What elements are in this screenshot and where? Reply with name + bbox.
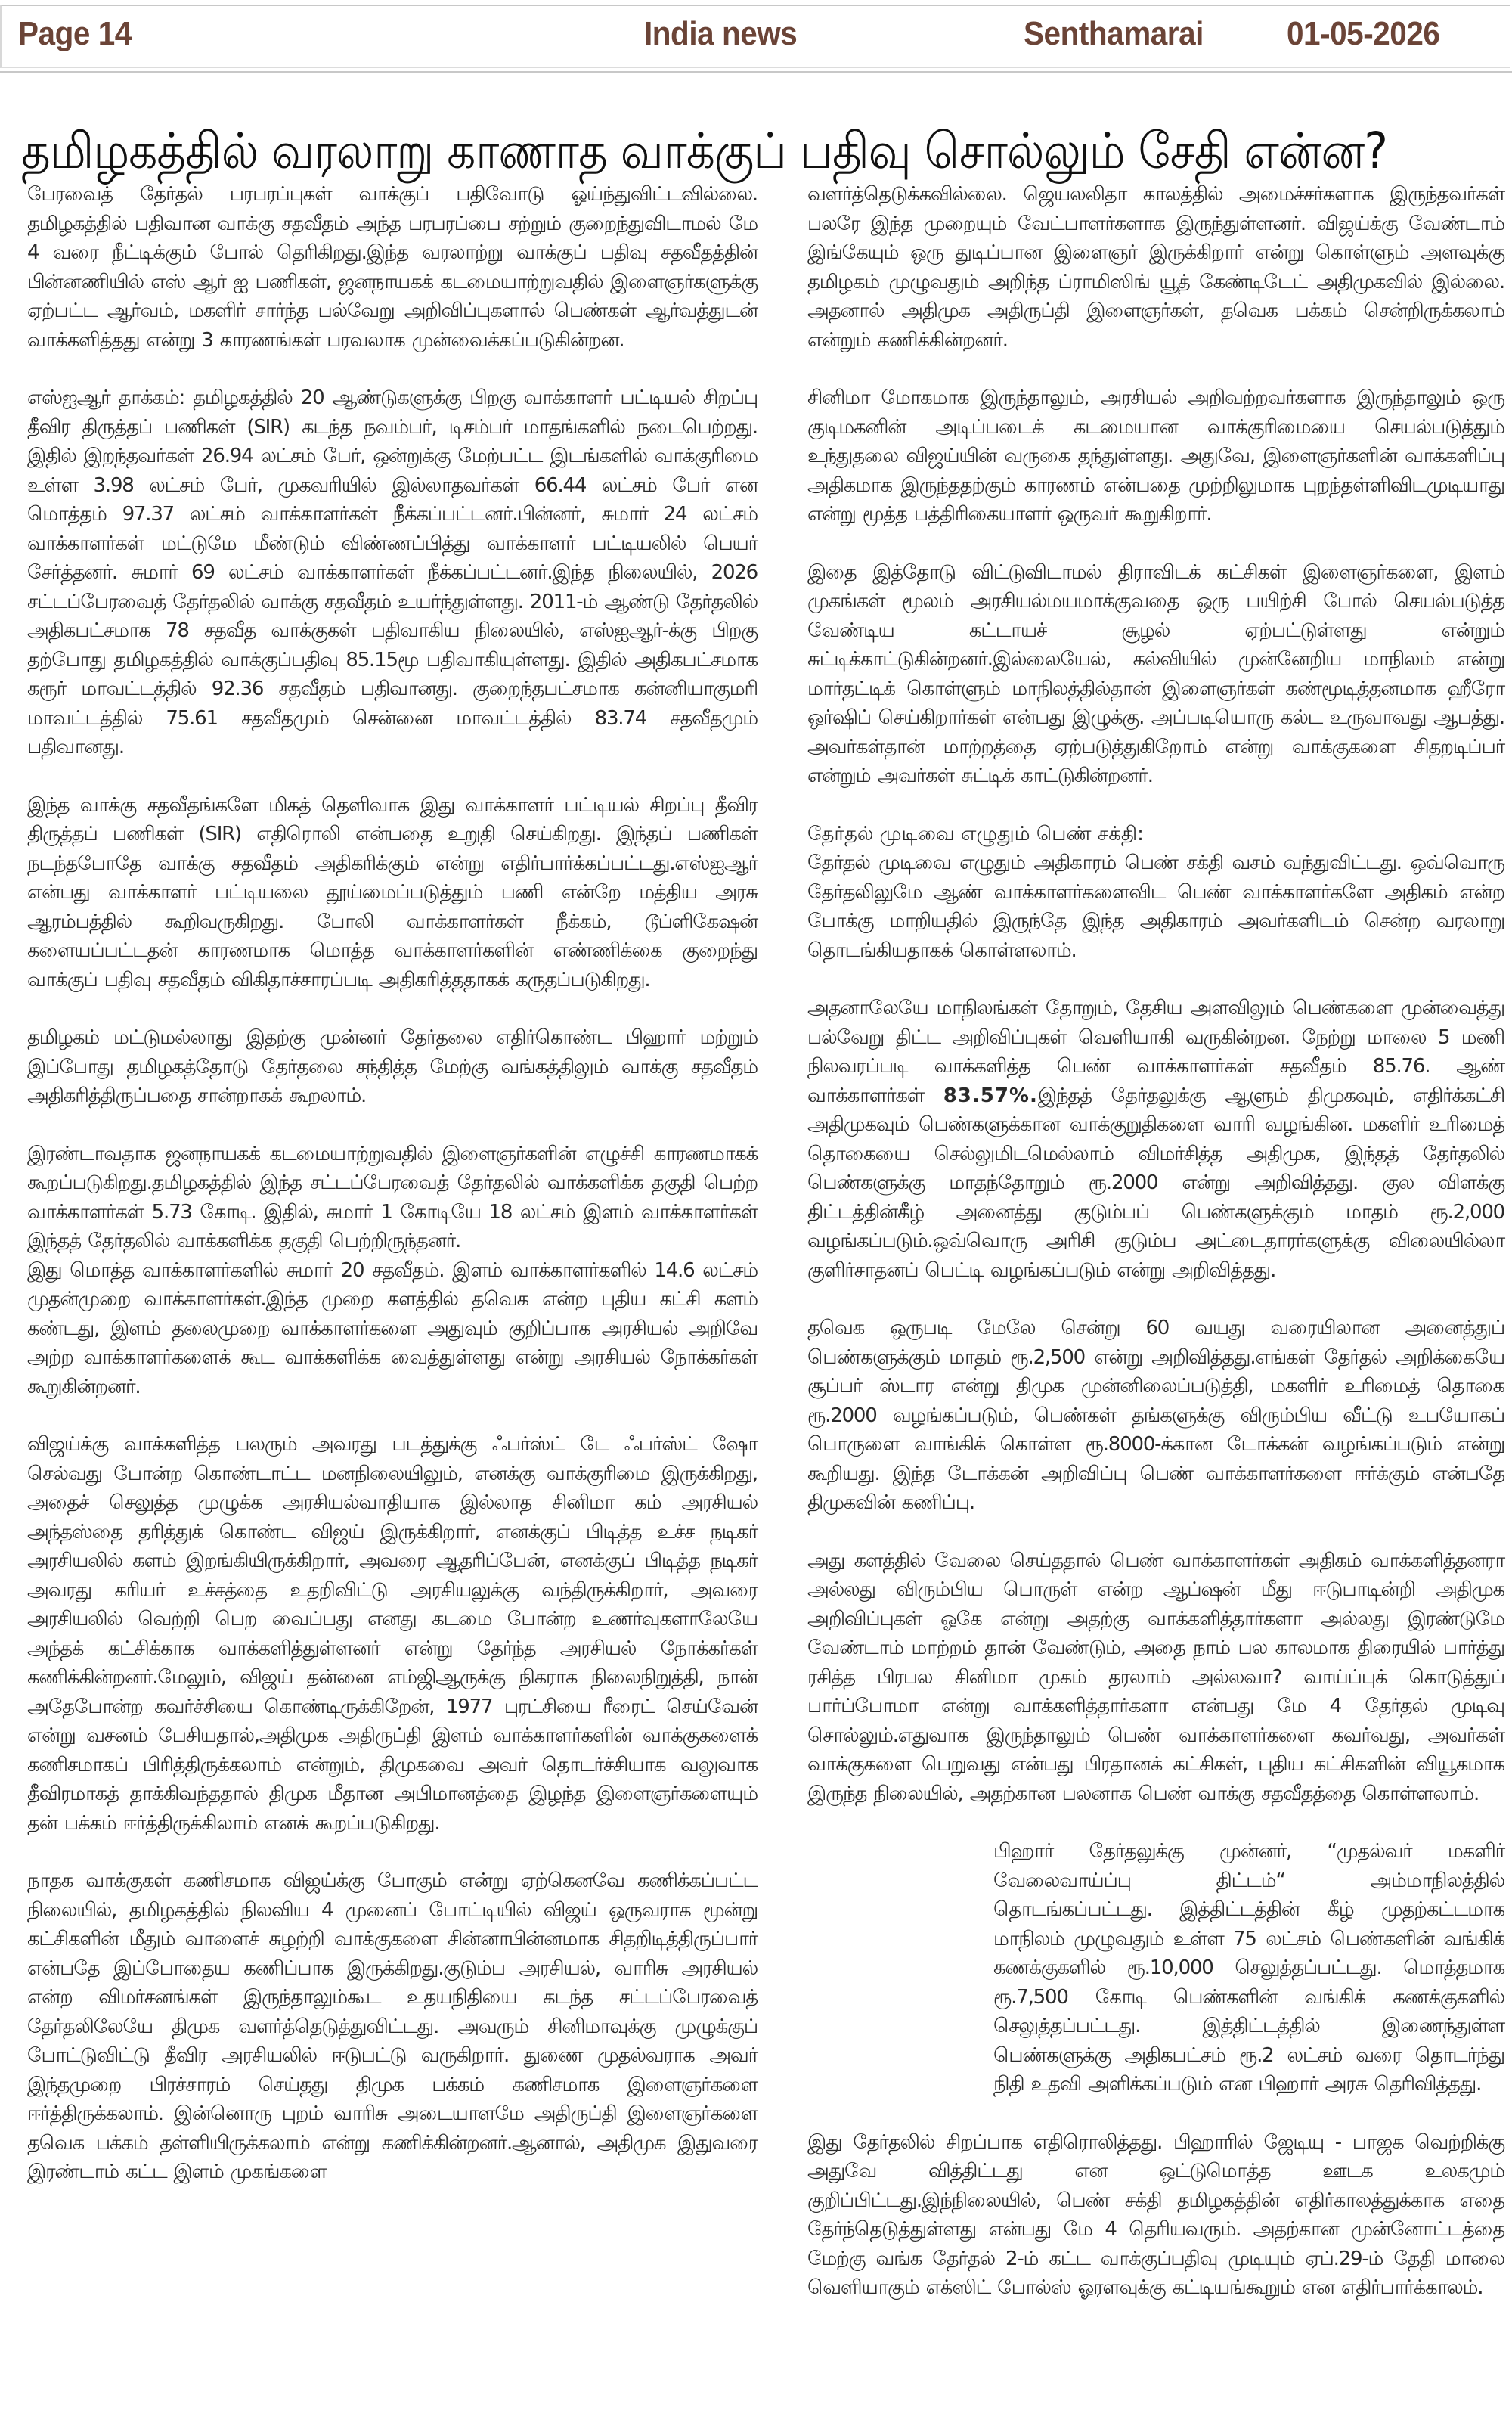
article-column-left: பேரவைத் தேர்தல் பரபரப்புகள் வாக்குப் பதி… xyxy=(27,180,758,2216)
paragraph: பிஹார் தேர்தலுக்கு முன்னர், “முதல்வர் மக… xyxy=(807,1837,1504,2099)
paragraph: எஸ்ஐஆர் தாக்கம்: தமிழகத்தில் 20 ஆண்டுகளு… xyxy=(27,383,758,762)
paragraph: சினிமா மோகமாக இருந்தாலும், அரசியல் அறிவற… xyxy=(807,383,1504,529)
publication-date: 01-05-2026 xyxy=(1287,15,1439,53)
newspaper-name: Senthamarai xyxy=(1024,15,1204,53)
paragraph: அது களத்தில் வேலை செய்ததால் பெண் வாக்காள… xyxy=(807,1547,1504,1809)
paragraph: இரண்டாவதாக ஜனநாயகக் கடமையாற்றுவதில் இளைஞ… xyxy=(27,1140,758,1256)
page-number: Page 14 xyxy=(18,15,132,53)
paragraph: தேர்தல் முடிவை எழுதும் அதிகாரம் பெண் சக்… xyxy=(807,849,1504,965)
paragraph: இந்த வாக்கு சதவீதங்களே மிகத் தெளிவாக இது… xyxy=(27,791,758,995)
headline-bar: தமிழகத்தில் வரலாறு காணாத வாக்குப் பதிவு … xyxy=(0,71,1512,169)
paragraph-text: இந்தத் தேர்தலுக்கு ஆளும் திமுகவும், எதிர… xyxy=(807,1084,1504,1282)
paragraph: தமிழகம் மட்டுமல்லாது இதற்கு முன்னர் தேர்… xyxy=(27,1023,758,1111)
paragraph: வளர்த்தெடுக்கவில்லை. ஜெயலலிதா காலத்தில் … xyxy=(807,180,1504,355)
article-column-right: வளர்த்தெடுக்கவில்லை. ஜெயலலிதா காலத்தில் … xyxy=(807,180,1504,2332)
section-subheading: தேர்தல் முடிவை எழுதும் பெண் சக்தி: xyxy=(807,820,1504,849)
section-name: India news xyxy=(644,15,797,53)
paragraph: நாதக வாக்குகள் கணிசமாக விஜய்க்கு போகும் … xyxy=(27,1866,758,2187)
paragraph: அதனாலேயே மாநிலங்கள் தோறும், தேசிய அளவிலு… xyxy=(807,994,1504,1285)
male-voter-percentage: 83.57%. xyxy=(943,1084,1038,1107)
paragraph: விஜய்க்கு வாக்களித்த பலரும் அவரது படத்து… xyxy=(27,1430,758,1838)
paragraph: இதை இத்தோடு விட்டுவிடாமல் திராவிடக் கட்ச… xyxy=(807,558,1504,791)
paragraph: இது மொத்த வாக்காளர்களில் சுமார் 20 சதவீத… xyxy=(27,1256,758,1402)
page-header: Page 14 India news Senthamarai 01-05-202… xyxy=(0,5,1510,68)
paragraph: பேரவைத் தேர்தல் பரபரப்புகள் வாக்குப் பதி… xyxy=(27,180,758,355)
paragraph: இது தேர்தலில் சிறப்பாக எதிரொலித்தது. பிஹ… xyxy=(807,2128,1504,2303)
paragraph: தவெக ஒருபடி மேலே சென்று 60 வயது வரையிலான… xyxy=(807,1314,1504,1518)
article-headline: தமிழகத்தில் வரலாறு காணாத வாக்குப் பதிவு … xyxy=(21,113,1348,189)
